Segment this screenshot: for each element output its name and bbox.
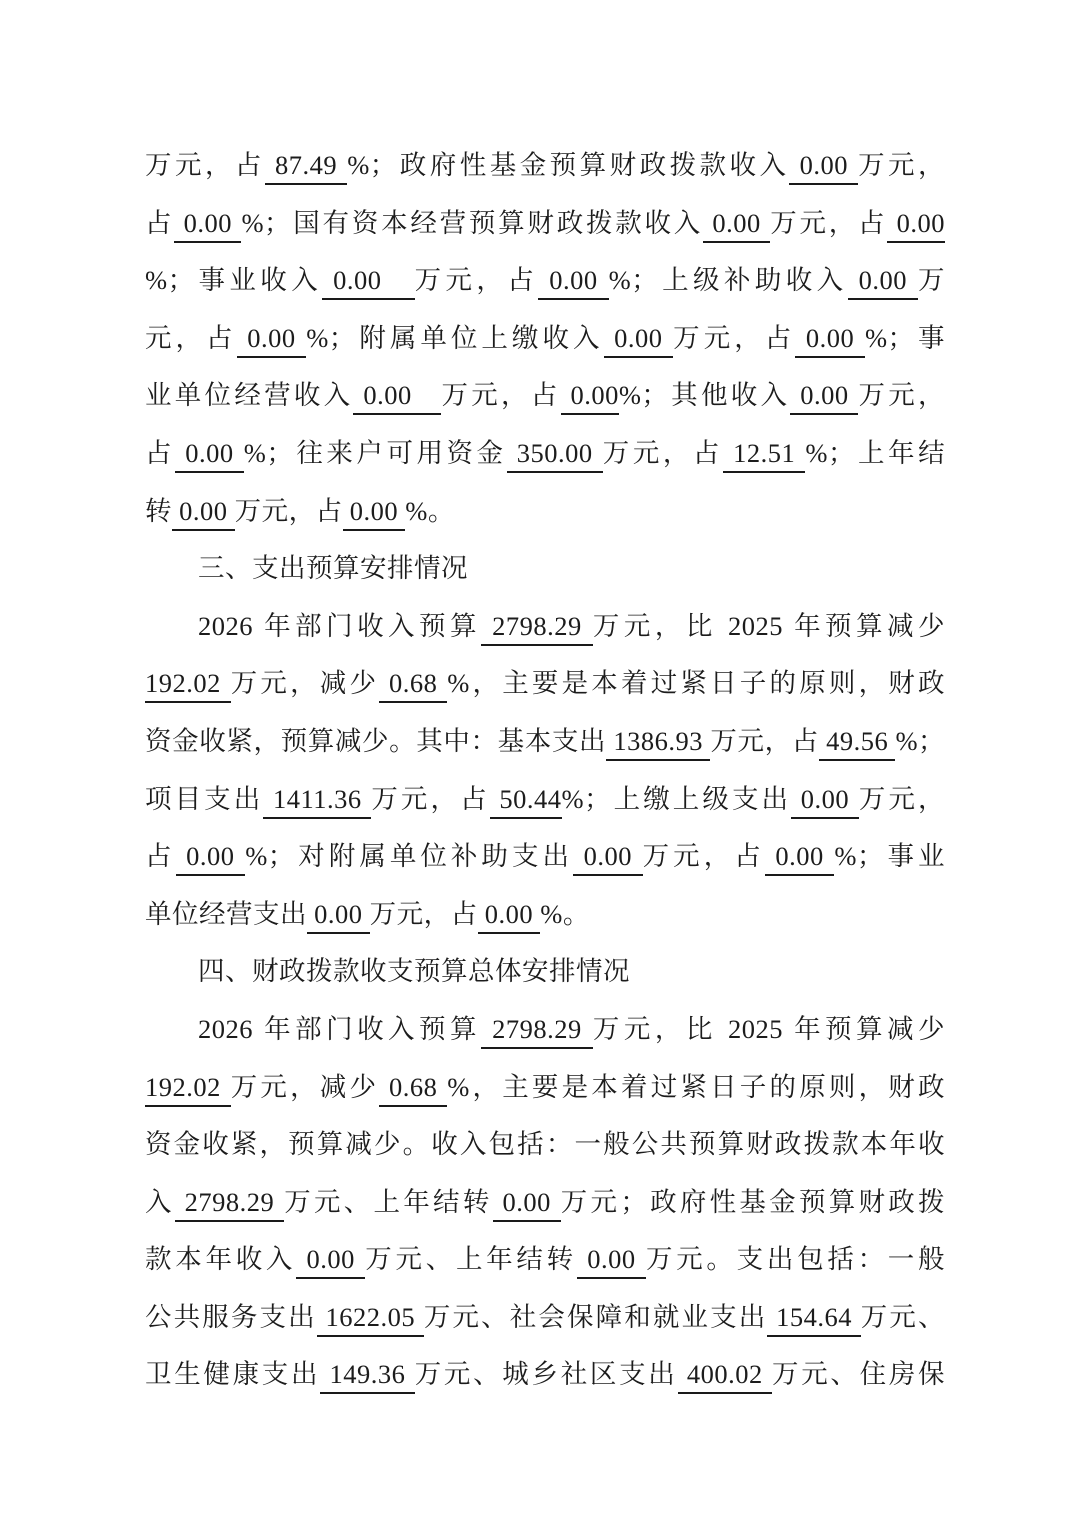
text-run: %。 <box>405 496 455 526</box>
document-line: 单位经营支出 0.00 万元，占 0.00 %。 <box>145 886 945 944</box>
document-line: 占 0.00 %；往来户可用资金 350.00 万元，占 12.51 %；上年结 <box>145 425 945 483</box>
text-run: %；事业收入 <box>145 265 322 295</box>
underlined-value: 400.02 <box>678 1359 773 1394</box>
text-run: %；对附属单位补助支出 <box>245 841 573 871</box>
text-run: 万 <box>918 265 945 295</box>
text-run: 万元，占 <box>673 323 795 353</box>
underlined-value: 0.00 <box>307 899 370 934</box>
text-run: %，主要是本着过紧日子的原则，财政 <box>447 1072 945 1102</box>
text-run: 四、财政拨款收支预算总体安排情况 <box>198 956 630 986</box>
underlined-value: 154.64 <box>767 1302 860 1337</box>
text-run: 公共服务支出 <box>145 1302 317 1332</box>
underlined-value: 0.00 <box>478 899 541 934</box>
underlined-value: 0.68 <box>379 668 447 703</box>
document-line: 卫生健康支出 149.36 万元、城乡社区支出 400.02 万元、住房保 <box>145 1346 945 1404</box>
document-line: 元，占 0.00 %；附属单位上缴收入 0.00 万元，占 0.00 %；事 <box>145 310 945 368</box>
document-line: 万元，占 87.49 %；政府性基金预算财政拨款收入 0.00 万元， <box>145 137 945 195</box>
text-run: 万元，减少 <box>231 668 380 698</box>
text-run: %。 <box>540 899 590 929</box>
text-run: %；政府性基金预算财政拨款收入 <box>347 150 789 180</box>
text-run: 万元、上年结转 <box>284 1187 492 1217</box>
document-line: %；事业收入 0.00 万元，占 0.00 %；上级补助收入 0.00 万 <box>145 252 945 310</box>
text-run: 卫生健康支出 <box>145 1359 320 1389</box>
text-run: %，主要是本着过紧日子的原则，财政 <box>447 668 945 698</box>
underlined-value: 2798.29 <box>481 611 593 646</box>
underlined-value: 0.00 <box>172 496 235 531</box>
text-run: 万元，比 2025 年预算减少 <box>593 611 945 641</box>
document-line: 项目支出 1411.36 万元，占 50.44%；上缴上级支出 0.00 万元， <box>145 771 945 829</box>
document-line: 资金收紧，预算减少。收入包括：一般公共预算财政拨款本年收 <box>145 1116 945 1174</box>
underlined-value: 2798.29 <box>481 1014 593 1049</box>
text-run: 万元、上年结转 <box>365 1244 577 1274</box>
underlined-value: 0.00 <box>237 323 307 358</box>
underlined-value: 0.00 <box>176 841 246 876</box>
underlined-value: 0.68 <box>379 1072 447 1107</box>
underlined-value: 0.00 <box>791 784 859 819</box>
text-run: 2026 年部门收入预算 <box>198 1014 481 1044</box>
text-run: 转 <box>145 496 172 526</box>
text-run: %；国有资本经营预算财政拨款收入 <box>241 208 703 238</box>
underlined-value: 0.00 <box>538 265 608 300</box>
text-run: 万元；政府性基金预算财政拨 <box>561 1187 945 1217</box>
text-run: 万元， <box>858 150 945 180</box>
underlined-value: 87.49 <box>265 150 347 185</box>
text-run: %；附属单位上缴收入 <box>306 323 603 353</box>
underlined-value: 0.00 <box>573 841 643 876</box>
text-run: 万元，占 <box>370 899 478 929</box>
underlined-value: 192.02 <box>145 668 231 703</box>
text-run: 万元，占 <box>710 726 819 756</box>
section-heading: 三、支出预算安排情况 <box>145 540 945 598</box>
text-run: %； <box>895 726 945 756</box>
text-run: 款本年收入 <box>145 1244 296 1274</box>
text-run: %；事 <box>865 323 945 353</box>
text-run: %；往来户可用资金 <box>244 438 507 468</box>
underlined-value: 0.00 <box>343 496 406 531</box>
document-line: 转 0.00 万元，占 0.00 %。 <box>145 483 945 541</box>
section-heading: 四、财政拨款收支预算总体安排情况 <box>145 943 945 1001</box>
text-run: 万元， <box>858 380 945 410</box>
document-line: 2026 年部门收入预算 2798.29 万元，比 2025 年预算减少 <box>145 598 945 656</box>
text-run: 万元，比 2025 年预算减少 <box>593 1014 945 1044</box>
underlined-value: 0.00 <box>175 438 244 473</box>
text-run: 资金收紧，预算减少。收入包括：一般公共预算财政拨款本年收 <box>145 1129 945 1159</box>
text-run: 资金收紧，预算减少。其中：基本支出 <box>145 726 606 756</box>
underlined-value: 0.00 <box>703 208 770 243</box>
text-run: %；上级补助收入 <box>609 265 848 295</box>
document-line: 资金收紧，预算减少。其中：基本支出 1386.93 万元，占 49.56 %； <box>145 713 945 771</box>
text-run: 万元，占 <box>603 438 723 468</box>
text-run: 入 <box>145 1187 175 1217</box>
text-run: 元，占 <box>145 323 237 353</box>
underlined-value: 0.00 <box>887 208 945 243</box>
text-run: 万元，占 <box>441 380 560 410</box>
document-line: 192.02 万元，减少 0.68 %，主要是本着过紧日子的原则，财政 <box>145 655 945 713</box>
underlined-value: 1622.05 <box>317 1302 424 1337</box>
text-run: 2026 年部门收入预算 <box>198 611 481 641</box>
text-run: %；事业 <box>834 841 945 871</box>
document-body: 万元，占 87.49 %；政府性基金预算财政拨款收入 0.00 万元，占 0.0… <box>145 137 945 1404</box>
underlined-value: 50.44 <box>490 784 562 819</box>
underlined-value: 0.00 <box>795 323 865 358</box>
text-run: 占 <box>145 438 175 468</box>
underlined-value: 0.00 <box>322 265 415 300</box>
text-run: 万元，占 <box>415 265 539 295</box>
text-run: 万元，占 <box>235 496 343 526</box>
underlined-value: 0.00 <box>577 1244 646 1279</box>
text-run: 万元、社会保障和就业支出 <box>424 1302 768 1332</box>
document-line: 192.02 万元，减少 0.68 %，主要是本着过紧日子的原则，财政 <box>145 1059 945 1117</box>
text-run: 三、支出预算安排情况 <box>198 553 468 583</box>
text-run: 万元，占 <box>643 841 765 871</box>
underlined-value: 0.00 <box>561 380 619 415</box>
underlined-value: 192.02 <box>145 1072 231 1107</box>
text-run: 项目支出 <box>145 784 263 814</box>
underlined-value: 1411.36 <box>263 784 371 819</box>
underlined-value: 0.00 <box>848 265 918 300</box>
text-run: %；其他收入 <box>619 380 790 410</box>
underlined-value: 0.00 <box>765 841 835 876</box>
text-run: %；上缴上级支出 <box>562 784 792 814</box>
underlined-value: 0.00 <box>353 380 441 415</box>
text-run: 万元， <box>859 784 945 814</box>
underlined-value: 0.00 <box>174 208 241 243</box>
underlined-value: 149.36 <box>320 1359 415 1394</box>
underlined-value: 350.00 <box>507 438 603 473</box>
underlined-value: 1386.93 <box>606 726 710 761</box>
text-run: 单位经营支出 <box>145 899 307 929</box>
underlined-value: 0.00 <box>493 1187 561 1222</box>
document-line: 入 2798.29 万元、上年结转 0.00 万元；政府性基金预算财政拨 <box>145 1174 945 1232</box>
text-run: 万元，减少 <box>231 1072 380 1102</box>
document-line: 占 0.00 %；对附属单位补助支出 0.00 万元，占 0.00 %；事业 <box>145 828 945 886</box>
text-run: 万元，占 <box>371 784 489 814</box>
document-page: 万元，占 87.49 %；政府性基金预算财政拨款收入 0.00 万元，占 0.0… <box>0 0 1074 1520</box>
text-run: 业单位经营收入 <box>145 380 353 410</box>
text-run: 万元、 <box>861 1302 945 1332</box>
document-line: 款本年收入 0.00 万元、上年结转 0.00 万元。支出包括：一般 <box>145 1231 945 1289</box>
text-run: 占 <box>145 841 176 871</box>
underlined-value: 12.51 <box>723 438 805 473</box>
text-run: %；上年结 <box>805 438 945 468</box>
underlined-value: 0.00 <box>789 150 858 185</box>
underlined-value: 49.56 <box>819 726 896 761</box>
underlined-value: 0.00 <box>790 380 858 415</box>
document-line: 2026 年部门收入预算 2798.29 万元，比 2025 年预算减少 <box>145 1001 945 1059</box>
document-line: 公共服务支出 1622.05 万元、社会保障和就业支出 154.64 万元、 <box>145 1289 945 1347</box>
document-line: 占 0.00 %；国有资本经营预算财政拨款收入 0.00 万元，占 0.00 <box>145 195 945 253</box>
text-run: 万元。支出包括：一般 <box>646 1244 945 1274</box>
text-run: 占 <box>145 208 174 238</box>
underlined-value: 2798.29 <box>175 1187 284 1222</box>
text-run: 万元、城乡社区支出 <box>415 1359 678 1389</box>
text-run: 万元，占 <box>770 208 887 238</box>
underlined-value: 0.00 <box>604 323 674 358</box>
text-run: 万元，占 <box>145 150 265 180</box>
document-line: 业单位经营收入 0.00 万元，占 0.00%；其他收入 0.00 万元， <box>145 367 945 425</box>
text-run: 万元、住房保 <box>772 1359 945 1389</box>
underlined-value: 0.00 <box>296 1244 365 1279</box>
